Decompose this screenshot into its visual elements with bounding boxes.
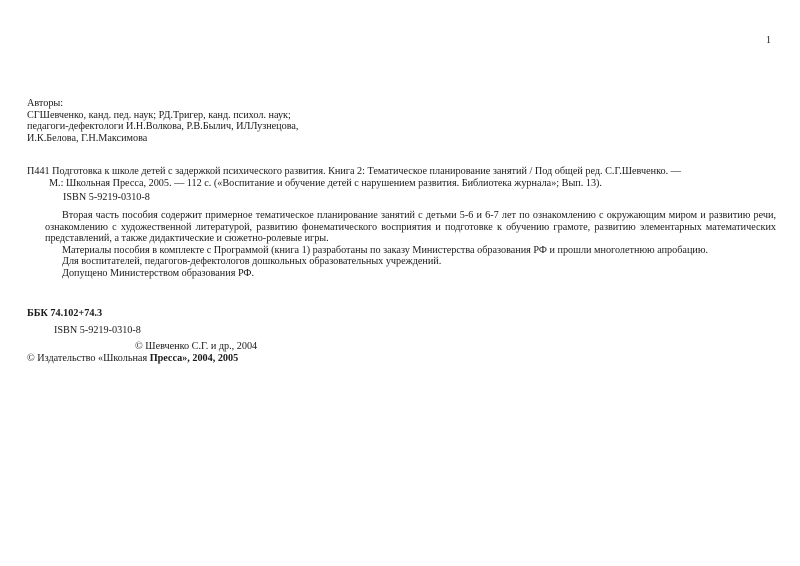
copyright-publisher: © Издательство «Школьная Пресса», 2004, … [27,353,238,365]
authors-label: Авторы: [27,98,627,110]
page-number: 1 [766,35,771,47]
bibliographic-entry: П441 Подготовка к школе детей с задержко… [27,166,777,189]
authors-line: И.К.Белова, Г.Н.Максимова [27,133,627,145]
copyright-publisher-bold: Пресса», 2004, 2005 [150,353,239,364]
abstract: Вторая часть пособия содержит примерное … [45,210,776,280]
authors-line: педагоги-дефектологи И.Н.Волкова, Р.В.Бы… [27,121,627,133]
abstract-paragraph: Допущено Министерством образования РФ. [45,268,776,280]
abstract-paragraph: Вторая часть пособия содержит примерное … [45,210,776,245]
biblio-line-2: М.: Школьная Пресса, 2005. — 112 с. («Во… [27,178,777,190]
abstract-paragraph: Материалы пособия в комплекте с Программ… [45,245,776,257]
copyright-authors: © Шевченко С.Г. и др., 2004 [135,341,257,353]
isbn: ISBN 5-9219-0310-8 [54,325,141,337]
copyright-publisher-prefix: © Издательство «Школьная [27,353,150,364]
abstract-paragraph: Для воспитателей, педагогов-дефектологов… [45,256,776,268]
authors-block: Авторы: СГШевченко, канд. пед. наук; РД.… [27,98,627,144]
biblio-isbn: ISBN 5-9219-0310-8 [63,192,150,204]
bbk-code: ББК 74.102+74.3 [27,308,102,320]
biblio-line-1: П441 Подготовка к школе детей с задержко… [27,166,777,178]
authors-line: СГШевченко, канд. пед. наук; РД.Тригер, … [27,110,627,122]
